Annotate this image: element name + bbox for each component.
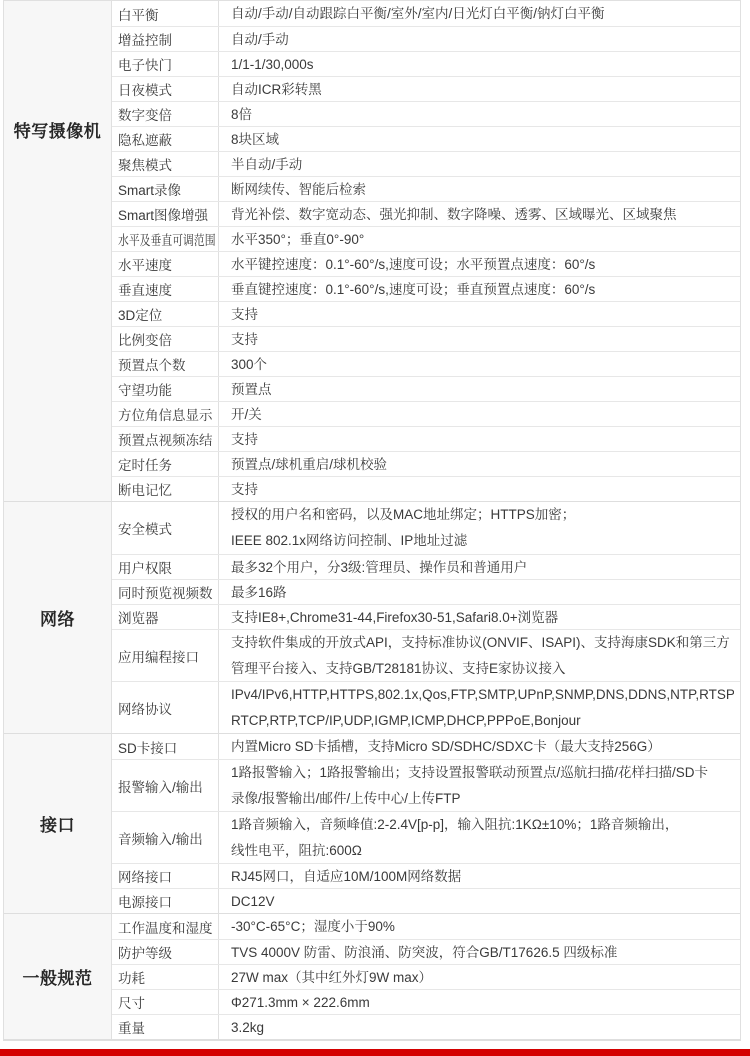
spec-name: 断电记忆 — [112, 477, 219, 501]
spec-section: 网络 安全模式 授权的用户名和密码，以及MAC地址绑定；HTTPS加密；IEEE… — [4, 501, 740, 733]
spec-value: 最多32个用户，分3级:管理员、操作员和普通用户 — [219, 555, 740, 579]
spec-value: 自动ICR彩转黑 — [219, 77, 740, 101]
spec-value: 内置Micro SD卡插槽，支持Micro SD/SDHC/SDXC卡（最大支持… — [219, 734, 740, 759]
spec-value: -30°C-65°C；湿度小于90% — [219, 914, 740, 939]
table-row: 电子快门 1/1-1/30,000s — [112, 51, 740, 76]
spec-value: 支持 — [219, 477, 740, 501]
spec-name-label: 工作温度和湿度 — [118, 917, 213, 937]
spec-name: 浏览器 — [112, 605, 219, 629]
spec-value-line: 最多16路 — [231, 580, 734, 604]
category-cell: 网络 — [4, 502, 112, 733]
spec-value: 3.2kg — [219, 1015, 740, 1039]
spec-name: 增益控制 — [112, 27, 219, 51]
spec-value: 支持 — [219, 427, 740, 451]
spec-value: 水平键控速度：0.1°-60°/s,速度可设；水平预置点速度：60°/s — [219, 252, 740, 276]
table-row: 重量 3.2kg — [112, 1014, 740, 1039]
spec-name-label: 水平及垂直可调范围 — [118, 229, 216, 249]
spec-value-line: 管理平台接入、支持GB/T28181协议、支持E家协议接入 — [231, 656, 734, 682]
section-rows: 安全模式 授权的用户名和密码，以及MAC地址绑定；HTTPS加密；IEEE 80… — [112, 502, 740, 733]
spec-value: 支持 — [219, 302, 740, 326]
spec-name-label: 音频输入/输出 — [118, 828, 203, 848]
table-row: 水平及垂直可调范围 水平350°；垂直0°-90° — [112, 226, 740, 251]
spec-value-line: DC12V — [231, 889, 734, 913]
spec-name: 应用编程接口 — [112, 630, 219, 681]
category-label: 特写摄像机 — [14, 117, 102, 142]
section-rows: 工作温度和湿度 -30°C-65°C；湿度小于90% 防护等级 TVS 4000… — [112, 914, 740, 1039]
spec-name: 工作温度和湿度 — [112, 914, 219, 939]
spec-name: Smart图像增强 — [112, 202, 219, 226]
spec-value-line: 半自动/手动 — [231, 152, 734, 176]
category-cell: 特写摄像机 — [4, 1, 112, 501]
spec-name-label: 垂直速度 — [118, 279, 172, 299]
spec-value-line: 内置Micro SD卡插槽，支持Micro SD/SDHC/SDXC卡（最大支持… — [231, 734, 734, 759]
spec-value: 断网续传、智能后检索 — [219, 177, 740, 201]
spec-name-label: 功耗 — [118, 967, 145, 987]
spec-name-label: Smart录像 — [118, 179, 181, 199]
table-row: Smart录像 断网续传、智能后检索 — [112, 176, 740, 201]
spec-name-label: 日夜模式 — [118, 79, 172, 99]
spec-name-label: 断电记忆 — [118, 479, 172, 499]
spec-name-label: 报警输入/输出 — [118, 776, 203, 796]
table-row: 防护等级 TVS 4000V 防雷、防浪涌、防突波，符合GB/T17626.5 … — [112, 939, 740, 964]
spec-value-line: 8倍 — [231, 102, 734, 126]
table-row: 垂直速度 垂直键控速度：0.1°-60°/s,速度可设；垂直预置点速度：60°/… — [112, 276, 740, 301]
spec-value: 支持 — [219, 327, 740, 351]
spec-value-line: TVS 4000V 防雷、防浪涌、防突波，符合GB/T17626.5 四级标准 — [231, 940, 734, 964]
spec-value-line: 支持 — [231, 327, 734, 351]
spec-value-line: 最多32个用户，分3级:管理员、操作员和普通用户 — [231, 555, 734, 579]
spec-name: 同时预览视频数 — [112, 580, 219, 604]
spec-name-label: 预置点视频冻结 — [118, 429, 213, 449]
table-row: 应用编程接口 支持软件集成的开放式API，支持标准协议(ONVIF、ISAPI)… — [112, 629, 740, 681]
spec-value: 支持软件集成的开放式API，支持标准协议(ONVIF、ISAPI)、支持海康SD… — [219, 630, 740, 681]
spec-table: 特写摄像机 白平衡 自动/手动/自动跟踪白平衡/室外/室内/日光灯白平衡/钠灯白… — [3, 0, 741, 1041]
spec-value: 自动/手动 — [219, 27, 740, 51]
spec-value-line: 预置点/球机重启/球机校验 — [231, 452, 734, 476]
spec-value-line: 自动/手动 — [231, 27, 734, 51]
spec-name: 方位角信息显示 — [112, 402, 219, 426]
spec-name-label: 防护等级 — [118, 942, 172, 962]
spec-value: 授权的用户名和密码，以及MAC地址绑定；HTTPS加密；IEEE 802.1x网… — [219, 502, 740, 554]
spec-value-line: 1路报警输入；1路报警输出；支持设置报警联动预置点/巡航扫描/花样扫描/SD卡 — [231, 760, 734, 786]
spec-name: 安全模式 — [112, 502, 219, 554]
spec-value-line: Φ271.3mm × 222.6mm — [231, 990, 734, 1014]
spec-section: 一般规范 工作温度和湿度 -30°C-65°C；湿度小于90% 防护等级 TVS… — [4, 913, 740, 1039]
spec-value-line: IPv4/IPv6,HTTP,HTTPS,802.1x,Qos,FTP,SMTP… — [231, 682, 734, 708]
spec-value: TVS 4000V 防雷、防浪涌、防突波，符合GB/T17626.5 四级标准 — [219, 940, 740, 964]
spec-value-line: -30°C-65°C；湿度小于90% — [231, 914, 734, 939]
category-cell: 一般规范 — [4, 914, 112, 1039]
spec-value-line: 支持 — [231, 427, 734, 451]
spec-value-line: RJ45网口，自适应10M/100M网络数据 — [231, 864, 734, 888]
spec-value: 垂直键控速度：0.1°-60°/s,速度可设；垂直预置点速度：60°/s — [219, 277, 740, 301]
spec-value-line: 8块区域 — [231, 127, 734, 151]
spec-value-line: 自动ICR彩转黑 — [231, 77, 734, 101]
table-row: 增益控制 自动/手动 — [112, 26, 740, 51]
spec-name: 数字变倍 — [112, 102, 219, 126]
spec-value-line: 1路音频输入，音频峰值:2-2.4V[p-p]，输入阻抗:1KΩ±10%；1路音… — [231, 812, 734, 838]
spec-name: 水平速度 — [112, 252, 219, 276]
table-row: 浏览器 支持IE8+,Chrome31-44,Firefox30-51,Safa… — [112, 604, 740, 629]
spec-value: 支持IE8+,Chrome31-44,Firefox30-51,Safari8.… — [219, 605, 740, 629]
spec-name-label: 安全模式 — [118, 518, 172, 538]
table-row: 3D定位 支持 — [112, 301, 740, 326]
spec-name-label: Smart图像增强 — [118, 204, 208, 224]
section-rows: 白平衡 自动/手动/自动跟踪白平衡/室外/室内/日光灯白平衡/钠灯白平衡 增益控… — [112, 1, 740, 501]
spec-name: 垂直速度 — [112, 277, 219, 301]
table-row: 数字变倍 8倍 — [112, 101, 740, 126]
spec-name-label: SD卡接口 — [118, 737, 177, 757]
spec-name: 聚焦模式 — [112, 152, 219, 176]
spec-value-line: 预置点 — [231, 377, 734, 401]
spec-name: 守望功能 — [112, 377, 219, 401]
spec-value-line: 授权的用户名和密码，以及MAC地址绑定；HTTPS加密； — [231, 502, 734, 528]
spec-name: 预置点视频冻结 — [112, 427, 219, 451]
spec-value-line: 背光补偿、数字宽动态、强光抑制、数字降噪、透雾、区域曝光、区域聚焦 — [231, 202, 734, 226]
spec-name-label: 尺寸 — [118, 992, 145, 1012]
spec-value-line: 支持 — [231, 302, 734, 326]
spec-value: 背光补偿、数字宽动态、强光抑制、数字降噪、透雾、区域曝光、区域聚焦 — [219, 202, 740, 226]
spec-name-label: 水平速度 — [118, 254, 172, 274]
spec-value: 8块区域 — [219, 127, 740, 151]
table-row: 同时预览视频数 最多16路 — [112, 579, 740, 604]
table-row: SD卡接口 内置Micro SD卡插槽，支持Micro SD/SDHC/SDXC… — [112, 734, 740, 759]
spec-name-label: 用户权限 — [118, 557, 172, 577]
spec-name: 隐私遮蔽 — [112, 127, 219, 151]
spec-name-label: 定时任务 — [118, 454, 172, 474]
spec-name: 防护等级 — [112, 940, 219, 964]
table-row: 电源接口 DC12V — [112, 888, 740, 913]
spec-value-line: 支持IE8+,Chrome31-44,Firefox30-51,Safari8.… — [231, 605, 734, 629]
spec-value-line: 支持 — [231, 477, 734, 501]
table-row: 功耗 27W max（其中红外灯9W max） — [112, 964, 740, 989]
spec-value: RJ45网口，自适应10M/100M网络数据 — [219, 864, 740, 888]
spec-value-line: 录像/报警输出/邮件/上传中心/上传FTP — [231, 786, 734, 812]
spec-name: 重量 — [112, 1015, 219, 1039]
section-rows: SD卡接口 内置Micro SD卡插槽，支持Micro SD/SDHC/SDXC… — [112, 734, 740, 913]
table-row: 预置点个数 300个 — [112, 351, 740, 376]
table-row: 工作温度和湿度 -30°C-65°C；湿度小于90% — [112, 914, 740, 939]
spec-name: 功耗 — [112, 965, 219, 989]
spec-name: 报警输入/输出 — [112, 760, 219, 811]
table-row: 报警输入/输出 1路报警输入；1路报警输出；支持设置报警联动预置点/巡航扫描/花… — [112, 759, 740, 811]
spec-name: 音频输入/输出 — [112, 812, 219, 863]
spec-value-line: 1/1-1/30,000s — [231, 52, 734, 76]
table-row: 安全模式 授权的用户名和密码，以及MAC地址绑定；HTTPS加密；IEEE 80… — [112, 502, 740, 554]
spec-name: 网络协议 — [112, 682, 219, 733]
spec-value: 8倍 — [219, 102, 740, 126]
spec-name-label: 方位角信息显示 — [118, 404, 213, 424]
spec-name-label: 同时预览视频数 — [118, 582, 213, 602]
spec-name: 电源接口 — [112, 889, 219, 913]
spec-value-line: 27W max（其中红外灯9W max） — [231, 965, 734, 989]
spec-name-label: 比例变倍 — [118, 329, 172, 349]
spec-value: 预置点 — [219, 377, 740, 401]
spec-value-line: RTCP,RTP,TCP/IP,UDP,IGMP,ICMP,DHCP,PPPoE… — [231, 708, 734, 734]
spec-name-label: 电子快门 — [118, 54, 172, 74]
table-row: 尺寸 Φ271.3mm × 222.6mm — [112, 989, 740, 1014]
spec-name-label: 网络接口 — [118, 866, 172, 886]
spec-section: 特写摄像机 白平衡 自动/手动/自动跟踪白平衡/室外/室内/日光灯白平衡/钠灯白… — [4, 1, 740, 501]
table-row: Smart图像增强 背光补偿、数字宽动态、强光抑制、数字降噪、透雾、区域曝光、区… — [112, 201, 740, 226]
spec-name-label: 网络协议 — [118, 698, 172, 718]
table-row: 方位角信息显示 开/关 — [112, 401, 740, 426]
spec-name: 白平衡 — [112, 1, 219, 26]
table-row: 白平衡 自动/手动/自动跟踪白平衡/室外/室内/日光灯白平衡/钠灯白平衡 — [112, 1, 740, 26]
spec-value-line: IEEE 802.1x网络访问控制、IP地址过滤 — [231, 528, 734, 554]
spec-value: 1路报警输入；1路报警输出；支持设置报警联动预置点/巡航扫描/花样扫描/SD卡录… — [219, 760, 740, 811]
spec-name-label: 重量 — [118, 1017, 145, 1037]
spec-name-label: 聚焦模式 — [118, 154, 172, 174]
table-row: 预置点视频冻结 支持 — [112, 426, 740, 451]
spec-name-label: 隐私遮蔽 — [118, 129, 172, 149]
spec-name: 3D定位 — [112, 302, 219, 326]
spec-name-label: 白平衡 — [118, 4, 159, 24]
spec-name: 尺寸 — [112, 990, 219, 1014]
table-row: 聚焦模式 半自动/手动 — [112, 151, 740, 176]
spec-name: 网络接口 — [112, 864, 219, 888]
spec-value: IPv4/IPv6,HTTP,HTTPS,802.1x,Qos,FTP,SMTP… — [219, 682, 740, 733]
footer-red-bar — [0, 1049, 750, 1056]
spec-name: 日夜模式 — [112, 77, 219, 101]
table-row: 用户权限 最多32个用户，分3级:管理员、操作员和普通用户 — [112, 554, 740, 579]
table-row: 网络接口 RJ45网口，自适应10M/100M网络数据 — [112, 863, 740, 888]
spec-value: 预置点/球机重启/球机校验 — [219, 452, 740, 476]
spec-value: Φ271.3mm × 222.6mm — [219, 990, 740, 1014]
spec-value: 300个 — [219, 352, 740, 376]
category-label: 网络 — [40, 605, 75, 630]
spec-value-line: 3.2kg — [231, 1015, 734, 1039]
category-label: 一般规范 — [23, 964, 93, 989]
spec-value-line: 水平键控速度：0.1°-60°/s,速度可设；水平预置点速度：60°/s — [231, 252, 734, 276]
spec-name-label: 守望功能 — [118, 379, 172, 399]
spec-value: 半自动/手动 — [219, 152, 740, 176]
table-row: 音频输入/输出 1路音频输入，音频峰值:2-2.4V[p-p]，输入阻抗:1KΩ… — [112, 811, 740, 863]
category-cell: 接口 — [4, 734, 112, 913]
spec-name-label: 应用编程接口 — [118, 646, 199, 666]
table-row: 比例变倍 支持 — [112, 326, 740, 351]
spec-name: 比例变倍 — [112, 327, 219, 351]
spec-name: 水平及垂直可调范围 — [112, 227, 219, 251]
spec-name-label: 数字变倍 — [118, 104, 172, 124]
spec-value-line: 断网续传、智能后检索 — [231, 177, 734, 201]
spec-value: 1路音频输入，音频峰值:2-2.4V[p-p]，输入阻抗:1KΩ±10%；1路音… — [219, 812, 740, 863]
spec-value-line: 300个 — [231, 352, 734, 376]
spec-value-line: 垂直键控速度：0.1°-60°/s,速度可设；垂直预置点速度：60°/s — [231, 277, 734, 301]
table-row: 断电记忆 支持 — [112, 476, 740, 501]
spec-value: DC12V — [219, 889, 740, 913]
spec-value: 27W max（其中红外灯9W max） — [219, 965, 740, 989]
table-row: 水平速度 水平键控速度：0.1°-60°/s,速度可设；水平预置点速度：60°/… — [112, 251, 740, 276]
spec-value: 开/关 — [219, 402, 740, 426]
spec-value-line: 自动/手动/自动跟踪白平衡/室外/室内/日光灯白平衡/钠灯白平衡 — [231, 1, 734, 26]
category-label: 接口 — [40, 811, 75, 836]
table-row: 定时任务 预置点/球机重启/球机校验 — [112, 451, 740, 476]
spec-name-label: 预置点个数 — [118, 354, 186, 374]
spec-name: Smart录像 — [112, 177, 219, 201]
spec-name: 预置点个数 — [112, 352, 219, 376]
table-row: 网络协议 IPv4/IPv6,HTTP,HTTPS,802.1x,Qos,FTP… — [112, 681, 740, 733]
spec-name-label: 增益控制 — [118, 29, 172, 49]
spec-value: 1/1-1/30,000s — [219, 52, 740, 76]
spec-name-label: 3D定位 — [118, 304, 162, 324]
spec-name: SD卡接口 — [112, 734, 219, 759]
table-row: 守望功能 预置点 — [112, 376, 740, 401]
spec-value-line: 支持软件集成的开放式API，支持标准协议(ONVIF、ISAPI)、支持海康SD… — [231, 630, 734, 656]
spec-section: 接口 SD卡接口 内置Micro SD卡插槽，支持Micro SD/SDHC/S… — [4, 733, 740, 913]
spec-value-line: 水平350°；垂直0°-90° — [231, 227, 734, 251]
spec-name: 用户权限 — [112, 555, 219, 579]
table-row: 隐私遮蔽 8块区域 — [112, 126, 740, 151]
spec-value: 最多16路 — [219, 580, 740, 604]
spec-name: 电子快门 — [112, 52, 219, 76]
spec-value-line: 线性电平，阻抗:600Ω — [231, 838, 734, 864]
spec-name-label: 浏览器 — [118, 607, 159, 627]
product-spec-page: 特写摄像机 白平衡 自动/手动/自动跟踪白平衡/室外/室内/日光灯白平衡/钠灯白… — [0, 0, 750, 1056]
spec-name: 定时任务 — [112, 452, 219, 476]
spec-value: 水平350°；垂直0°-90° — [219, 227, 740, 251]
spec-value-line: 开/关 — [231, 402, 734, 426]
spec-name-label: 电源接口 — [118, 891, 172, 911]
spec-value: 自动/手动/自动跟踪白平衡/室外/室内/日光灯白平衡/钠灯白平衡 — [219, 1, 740, 26]
table-row: 日夜模式 自动ICR彩转黑 — [112, 76, 740, 101]
